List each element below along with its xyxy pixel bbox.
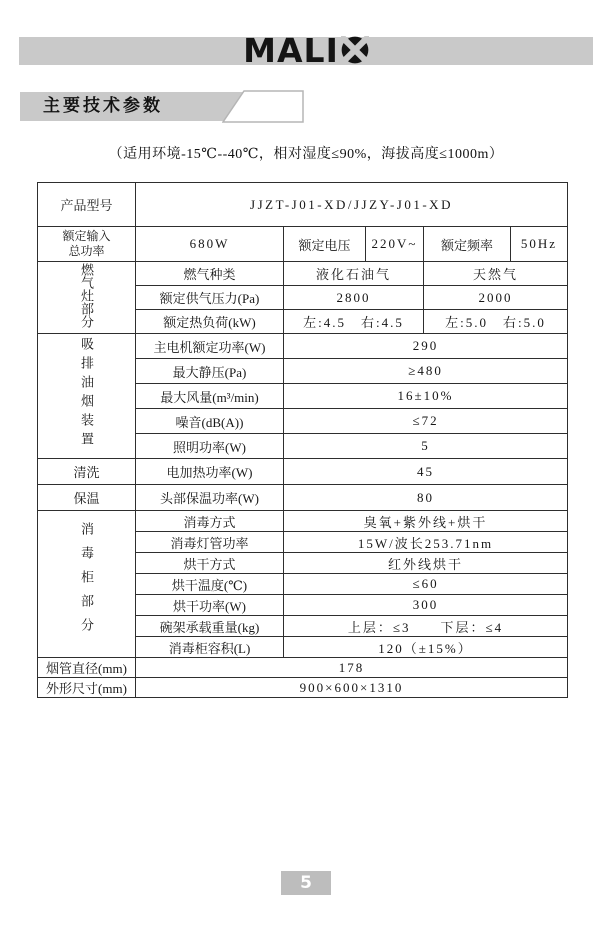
duct-value-cell: 178 xyxy=(136,658,568,678)
param-name-cell: 噪音(dB(A)) xyxy=(136,409,284,434)
power-total-cell: 680W xyxy=(136,227,284,262)
param-value-cell: 2800 xyxy=(284,286,424,310)
param-value-cell: 290 xyxy=(284,334,568,359)
param-value-cell: 液化石油气 xyxy=(284,262,424,286)
param-name-cell: 消毒方式 xyxy=(136,511,284,532)
param-value-cell: ≥480 xyxy=(284,359,568,384)
param-value-cell: 2000 xyxy=(424,286,568,310)
param-value-cell: 天然气 xyxy=(424,262,568,286)
param-name-cell: 电加热功率(W) xyxy=(136,459,284,485)
table-row: 吸排油烟装置 主电机额定功率(W) 290 xyxy=(38,334,568,359)
environment-note: （适用环境-15℃--40℃，相对湿度≤90%，海拔高度≤1000m） xyxy=(0,143,612,163)
model-value-cell: JJZT-J01-XD/JJZY-J01-XD xyxy=(136,183,568,227)
voltage-label-cell: 额定电压 xyxy=(284,227,366,262)
table-row: 保温 头部保温功率(W) 80 xyxy=(38,485,568,511)
param-name-cell: 碗架承载重量(kg) xyxy=(136,616,284,637)
param-name-cell: 最大风量(m³/min) xyxy=(136,384,284,409)
frequency-value-cell: 50Hz xyxy=(511,227,568,262)
param-name-cell: 最大静压(Pa) xyxy=(136,359,284,384)
frequency-label-cell: 额定频率 xyxy=(424,227,511,262)
brand-ring-icon xyxy=(341,36,369,67)
param-name-cell: 烘干方式 xyxy=(136,553,284,574)
param-value-cell: 5 xyxy=(284,434,568,459)
param-value-cell: 红外线烘干 xyxy=(284,553,568,574)
param-value-cell: 300 xyxy=(284,595,568,616)
param-value-cell: 上层：≤3 下层：≤4 xyxy=(284,616,568,637)
param-value-cell: ≤72 xyxy=(284,409,568,434)
page-number-badge: 5 xyxy=(281,871,331,895)
gas-section-cell: 燃气灶部分 xyxy=(38,262,136,334)
voltage-value-cell: 220V~ xyxy=(366,227,424,262)
disinfect-section-label: 消毒柜部分 xyxy=(80,522,93,642)
power-label-cell: 额定输入 总功率 xyxy=(38,227,136,262)
section-header: 主要技术参数 xyxy=(20,92,592,121)
param-name-cell: 燃气种类 xyxy=(136,262,284,286)
logo-band: MALI xyxy=(19,37,593,65)
param-value-cell: 15W/波长253.71nm xyxy=(284,532,568,553)
param-value-cell: ≤60 xyxy=(284,574,568,595)
param-value-cell: 左:5.0 右:5.0 xyxy=(424,310,568,334)
gas-section-label: 燃气灶部分 xyxy=(80,263,93,328)
param-name-cell: 烘干功率(W) xyxy=(136,595,284,616)
param-value-cell: 臭氧+紫外线+烘干 xyxy=(284,511,568,532)
table-row: 清洗 电加热功率(W) 45 xyxy=(38,459,568,485)
param-value-cell: 45 xyxy=(284,459,568,485)
table-row: 产品型号 JJZT-J01-XD/JJZY-J01-XD xyxy=(38,183,568,227)
manual-page: MALI 主要技术参数 （适用环境-15℃--40℃，相对湿度≤90%，海拔高度… xyxy=(0,0,612,936)
param-name-cell: 烘干温度(℃) xyxy=(136,574,284,595)
spec-table: 产品型号 JJZT-J01-XD/JJZY-J01-XD 额定输入 总功率 68… xyxy=(37,182,568,698)
power-label-line1: 额定输入 xyxy=(40,229,133,244)
dims-value-cell: 900×600×1310 xyxy=(136,678,568,698)
param-name-cell: 照明功率(W) xyxy=(136,434,284,459)
hood-section-label: 吸排油烟装置 xyxy=(80,337,93,451)
param-name-cell: 头部保温功率(W) xyxy=(136,485,284,511)
table-row: 燃气灶部分 燃气种类 液化石油气 天然气 xyxy=(38,262,568,286)
disinfect-section-cell: 消毒柜部分 xyxy=(38,511,136,658)
param-name-cell: 额定供气压力(Pa) xyxy=(136,286,284,310)
table-row: 额定输入 总功率 680W 额定电压 220V~ 额定频率 50Hz xyxy=(38,227,568,262)
table-row: 外形尺寸(mm) 900×600×1310 xyxy=(38,678,568,698)
param-value-cell: 16±10% xyxy=(284,384,568,409)
param-name-cell: 消毒灯管功率 xyxy=(136,532,284,553)
param-value-cell: 左:4.5 右:4.5 xyxy=(284,310,424,334)
model-label-cell: 产品型号 xyxy=(38,183,136,227)
duct-label-cell: 烟管直径(mm) xyxy=(38,658,136,678)
param-value-cell: 120（±15%） xyxy=(284,637,568,658)
brand-text: MALI xyxy=(243,37,339,65)
table-row: 烟管直径(mm) 178 xyxy=(38,658,568,678)
hood-section-cell: 吸排油烟装置 xyxy=(38,334,136,459)
cleaning-section-cell: 清洗 xyxy=(38,459,136,485)
param-value-cell: 80 xyxy=(284,485,568,511)
table-row: 消毒柜部分 消毒方式 臭氧+紫外线+烘干 xyxy=(38,511,568,532)
power-label-line2: 总功率 xyxy=(40,244,133,259)
page-title: 主要技术参数 xyxy=(20,92,592,121)
brand-logo: MALI xyxy=(243,36,369,67)
param-name-cell: 主电机额定功率(W) xyxy=(136,334,284,359)
param-name-cell: 消毒柜容积(L) xyxy=(136,637,284,658)
warming-section-cell: 保温 xyxy=(38,485,136,511)
param-name-cell: 额定热负荷(kW) xyxy=(136,310,284,334)
dims-label-cell: 外形尺寸(mm) xyxy=(38,678,136,698)
